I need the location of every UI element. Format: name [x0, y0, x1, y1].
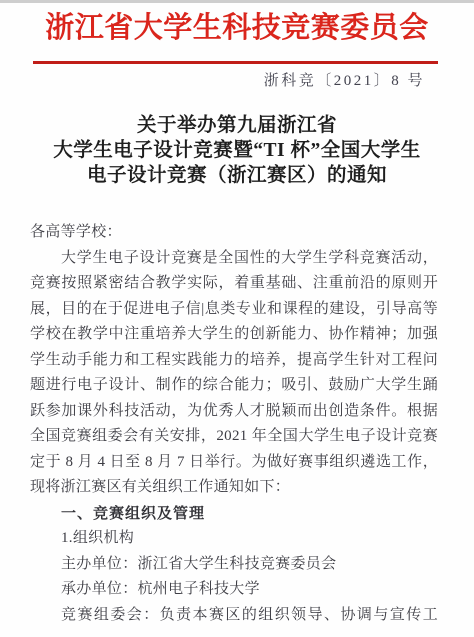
- document-page: 浙江省大学生科技竞赛委员会 浙科竞〔2021〕8 号 关于举办第九届浙江省 大学…: [0, 0, 474, 637]
- document-title-line-2: 大学生电子设计竞赛暨“TI 杯”全国大学生: [0, 138, 474, 163]
- organizer-undertaker-line: 承办单位：杭州电子科技大学: [30, 577, 438, 603]
- document-title: 关于举办第九届浙江省 大学生电子设计竞赛暨“TI 杯”全国大学生 电子设计竞赛（…: [0, 113, 474, 188]
- body-line: 定于 8 月 4 日至 8 月 7 日举行。为做好赛事组织遴选工作，: [30, 450, 438, 476]
- document-body: 各高等学校： 大学生电子设计竞赛是全国性的大学生学科竞赛活动， 竞赛按照紧密结合…: [0, 220, 474, 628]
- organizer-committee-line: 竞赛组委会：负责本赛区的组织领导、协调与宣传工作，: [30, 603, 438, 629]
- document-title-line-1: 关于举办第九届浙江省: [0, 113, 474, 138]
- salutation: 各高等学校：: [30, 220, 438, 246]
- body-line: 学校在教学中注重培养大学生的创新能力、协作精神；加强: [30, 322, 438, 348]
- body-line: 全国竞赛组委会有关安排，2021 年全国大学生电子设计竞赛: [30, 424, 438, 450]
- document-title-line-3: 电子设计竞赛（浙江赛区）的通知: [0, 163, 474, 188]
- organizer-host-line: 主办单位：浙江省大学生科技竞赛委员会: [30, 552, 438, 578]
- body-line: 学生动手能力和工程实践能力的培养，提高学生针对工程问: [30, 348, 438, 374]
- letterhead-org-title: 浙江省大学生科技竞赛委员会: [0, 10, 474, 47]
- body-line: 竞赛按照紧密结合教学实际，着重基础、注重前沿的原则开: [30, 271, 438, 297]
- letterhead-divider: [33, 61, 438, 64]
- section-subheading-organization-structure: 1.组织机构: [30, 526, 438, 552]
- section-heading-competition-organization: 一、竞赛组织及管理: [30, 501, 438, 527]
- body-line: 题进行电子设计、制作的综合能力；吸引、鼓励广大学生踊: [30, 373, 438, 399]
- body-line: 现将浙江赛区有关组织工作通知如下：: [30, 475, 438, 501]
- body-line: 跃参加课外科技活动，为优秀人才脱颖而出创造条件。根据: [30, 399, 438, 425]
- document-number: 浙科竞〔2021〕8 号: [0, 72, 474, 90]
- body-line-with-text-cursor: 展，目的在于促进电子信|息类专业和课程的建设，引导高等: [30, 297, 438, 323]
- body-line: 大学生电子设计竞赛是全国性的大学生学科竞赛活动，: [30, 246, 438, 272]
